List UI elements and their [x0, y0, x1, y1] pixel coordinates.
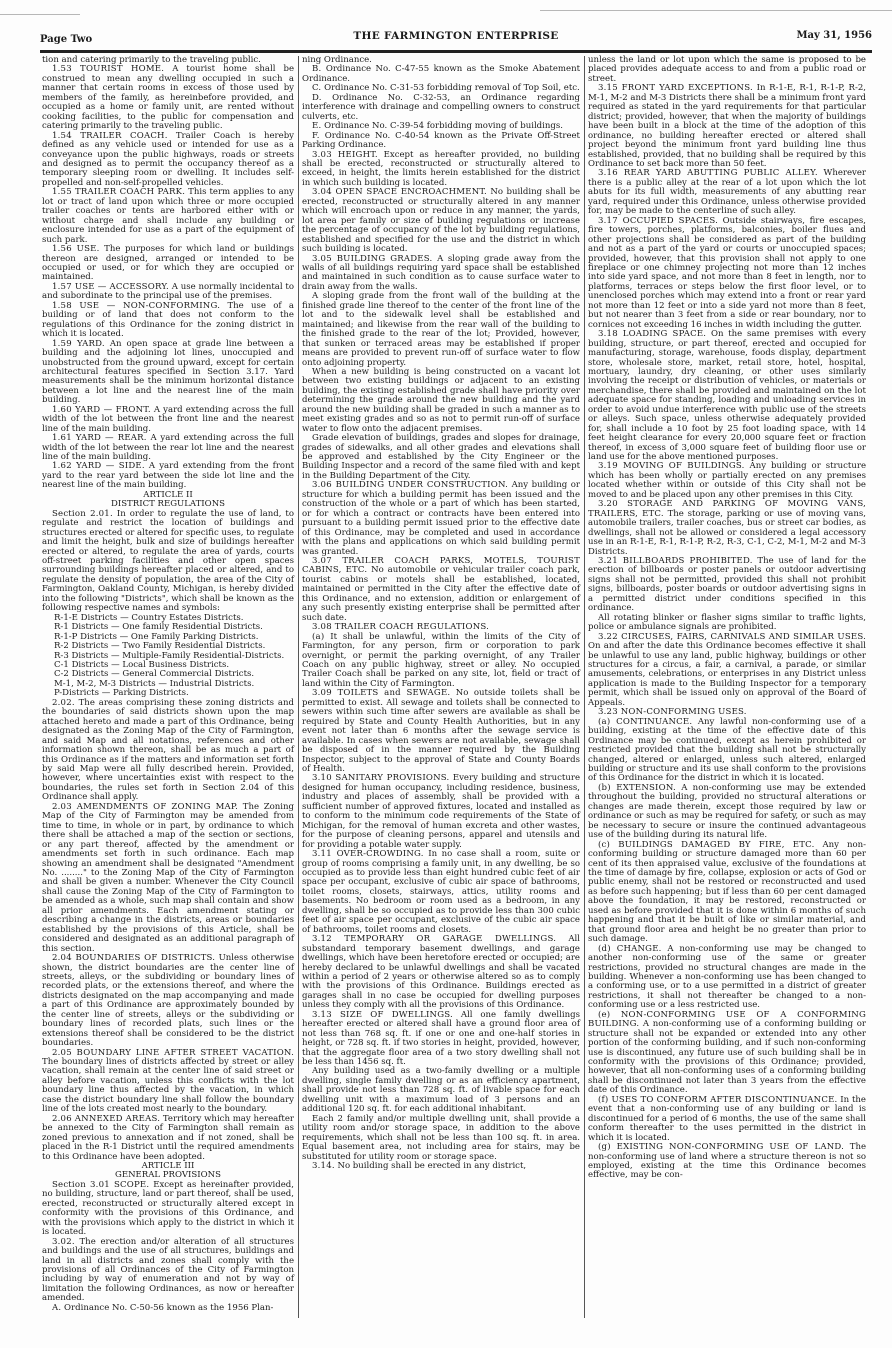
section-text: Any non-conforming building or structure… [588, 840, 866, 945]
section-text: Each 2 family and/or multiple dwelling u… [302, 1114, 580, 1162]
section-text: Unless otherwise shown, the district bou… [42, 953, 294, 1048]
section-paragraph: 3.06 BUILDING UNDER CONSTRUCTION. Any bu… [302, 481, 580, 557]
section-text: The areas comprising these zoning distri… [42, 698, 294, 803]
section-paragraph: 1.61 YARD — REAR. A yard extending acros… [42, 434, 294, 462]
section-paragraph: 2.05 BOUNDARY LINE AFTER STREET VACATION… [42, 1049, 294, 1115]
section-paragraph: Any building used as a two-family dwelli… [302, 1067, 580, 1114]
section-text: Any building used as a two-family dwelli… [302, 1066, 580, 1114]
section-paragraph: (f) USES TO CONFORM AFTER DISCONTINUANCE… [588, 1096, 866, 1143]
section-heading: A. [52, 1303, 61, 1313]
masthead: Page Two THE FARMINGTON ENTERPRISE May 3… [40, 30, 872, 48]
section-text: No building shall be erected, reconstruc… [302, 187, 580, 254]
section-paragraph: D. Ordinance No. C-32-53, an Ordinance r… [302, 94, 580, 122]
section-paragraph: 3.07 TRAILER COACH PARKS, MOTELS, TOURIS… [302, 557, 580, 623]
section-text: A tourist home shall be construed to mea… [42, 64, 294, 131]
section-paragraph: Each 2 family and/or multiple dwelling u… [302, 1115, 580, 1162]
section-text: All one family dwellings hereafter erect… [302, 1010, 580, 1067]
section-paragraph: All rotating blinker or flasher signs si… [588, 614, 866, 633]
section-paragraph: 2.03 AMENDMENTS OF ZONING MAP. The Zonin… [42, 803, 294, 954]
continued-paragraph: unless the land or lot upon which the sa… [588, 56, 866, 84]
section-text: An open space at grade line between a bu… [42, 339, 294, 406]
section-text: Any building or structure for which a bu… [302, 480, 580, 556]
section-paragraph: 1.54 TRAILER COACH. Trailer Coach is her… [42, 132, 294, 189]
section-text: A non-conforming use may be extended thr… [588, 783, 866, 840]
section-paragraph: (b) EXTENSION. A non-conforming use may … [588, 784, 866, 841]
section-paragraph: 3.19 MOVING OF BUILDINGS. Any building o… [588, 462, 866, 500]
section-paragraph: 3.03 HEIGHT. Except as hereafter provide… [302, 151, 580, 189]
section-text: Ordinance No. C-47-55 known as the Smoke… [302, 64, 580, 83]
column-2: ning Ordinance.B. Ordinance No. C-47-55 … [302, 56, 580, 1171]
section-text: Ordinance No. C-50-56 known as the 1956 … [64, 1303, 273, 1313]
section-text: The erection and/or alteration of all st… [42, 1237, 294, 1304]
section-text: No building shall be erected in any dist… [337, 1161, 526, 1171]
section-heading: 3.14. [312, 1161, 335, 1171]
section-paragraph: 3.18 LOADING SPACE. On the same premises… [588, 330, 866, 462]
section-text: Ordinance No. C-32-53, an Ordinance rega… [302, 93, 580, 122]
section-paragraph: Grade elevation of buildings, grades and… [302, 434, 580, 481]
section-paragraph: 3.16 REAR YARD ABUTTING PUBLIC ALLEY. Wh… [588, 169, 866, 216]
section-text: Except as hereinafter provided, no build… [42, 1180, 294, 1237]
section-paragraph: 1.56 USE. The purposes for which land or… [42, 245, 294, 283]
section-paragraph: When a new building is being constructed… [302, 368, 580, 434]
section-paragraph: 3.02. The erection and/or alteration of … [42, 1238, 294, 1304]
section-text: Grade elevation of buildings, grades and… [302, 433, 580, 481]
section-text: All substandard temporary basement dwell… [302, 934, 580, 1010]
paper-name: THE FARMINGTON ENTERPRISE [40, 30, 872, 42]
issue-date: May 31, 1956 [796, 30, 872, 41]
column-3: unless the land or lot upon which the sa… [588, 56, 866, 1181]
section-paragraph: A. Ordinance No. C-50-56 known as the 19… [42, 1304, 294, 1313]
section-paragraph: 3.20 STORAGE AND PARKING OF MOVING VANS,… [588, 500, 866, 557]
section-paragraph: 1.53 TOURIST HOME. A tourist home shall … [42, 65, 294, 131]
section-paragraph: (a) It shall be unlawful, within the lim… [302, 633, 580, 690]
section-text: In order to regulate the use of land, to… [42, 509, 294, 614]
section-text: A non-conforming use of a conforming bui… [588, 1019, 866, 1095]
section-paragraph: 3.17 OCCUPIED SPACES. Outside stairways,… [588, 217, 866, 330]
section-text: A non-conforming use may be changed to a… [588, 944, 866, 1011]
section-paragraph: A sloping grade from the front wall of t… [302, 292, 580, 368]
section-text: In no case shall a room, suite or group … [302, 849, 580, 935]
section-paragraph: 3.09 TOILETS and SEWAGE. No outside toil… [302, 689, 580, 774]
masthead-rule [40, 50, 872, 53]
section-paragraph: 3.04 OPEN SPACE ENCROACHMENT. No buildin… [302, 188, 580, 254]
section-paragraph: 3.12 TEMPORARY OR GARAGE DWELLINGS. All … [302, 935, 580, 1011]
section-paragraph: Section 2.01. In order to regulate the u… [42, 510, 294, 614]
section-paragraph: 1.60 YARD — FRONT. A yard extending acro… [42, 406, 294, 434]
section-paragraph: 1.59 YARD. An open space at grade line b… [42, 340, 294, 406]
section-paragraph: 2.04 BOUNDARIES OF DISTRICTS. Unless oth… [42, 954, 294, 1049]
section-text: On the same premises with every building… [588, 329, 866, 462]
section-paragraph: B. Ordinance No. C-47-55 known as the Sm… [302, 65, 580, 84]
section-text: In R-1-E, R-1, R-1-P, R-2, M-1, M-2 and … [588, 83, 866, 169]
scan-artifact [0, 14, 80, 15]
section-text: Ordinance No. C-40-54 known as the Priva… [302, 131, 580, 150]
section-paragraph: 1.55 TRAILER COACH PARK. This term appli… [42, 188, 294, 245]
section-paragraph: 2.06 ANNEXED AREAS. Territory which may … [42, 1115, 294, 1162]
section-paragraph: (e) NON-CONFORMING USE OF A CONFORMING B… [588, 1011, 866, 1096]
section-paragraph: (a) CONTINUANCE. Any lawful non-conformi… [588, 718, 866, 784]
column-divider [584, 56, 585, 1318]
section-text: A sloping grade from the front wall of t… [302, 291, 580, 367]
section-paragraph: (d) CHANGE. A non-conforming use may be … [588, 945, 866, 1011]
section-text: No outside toilets shall be permitted to… [302, 688, 580, 774]
section-paragraph: 3.05 BUILDING GRADES. A sloping grade aw… [302, 255, 580, 293]
section-text: Trailer Coach is hereby defined as any v… [42, 131, 294, 188]
section-paragraph: 3.13 SIZE OF DWELLINGS. All one family d… [302, 1011, 580, 1068]
section-text: Any lawful non-conforming use of a build… [588, 717, 866, 784]
section-paragraph: 3.14. No building shall be erected in an… [302, 1162, 580, 1171]
section-paragraph: F. Ordinance No. C-40-54 known as the Pr… [302, 132, 580, 151]
section-text: It shall be unlawful, within the limits … [302, 632, 580, 689]
section-paragraph: 1.62 YARD — SIDE. A yard extending from … [42, 462, 294, 490]
section-text: Outside stairways, fire escapes, fire to… [588, 216, 866, 330]
section-text: On and after the date this Ordinance bec… [588, 641, 866, 708]
section-paragraph: 3.15 FRONT YARD EXCEPTIONS. In R-1-E, R-… [588, 84, 866, 169]
column-divider [298, 56, 299, 1318]
section-paragraph: 3.10 SANITARY PROVISIONS. Every building… [302, 774, 580, 850]
section-text: All rotating blinker or flasher signs si… [588, 613, 866, 632]
section-text: The use of land for the erection of bill… [588, 556, 866, 613]
section-paragraph: 3.11 OVER-CROWDING. In no case shall a r… [302, 850, 580, 935]
section-text: No automobile or vehicular trailer coach… [302, 565, 580, 622]
section-paragraph: Section 3.01 SCOPE. Except as hereinafte… [42, 1181, 294, 1238]
section-paragraph: 3.22 CIRCUSES, FAIRS, CARNIVALS AND SIMI… [588, 633, 866, 709]
section-text: This term applies to any lot or tract of… [42, 187, 294, 244]
section-text: The Zoning Map of the City of Farmington… [42, 802, 294, 954]
section-paragraph: 1.57 USE — ACCESSORY. A use normally inc… [42, 283, 294, 302]
section-paragraph: 3.21 BILLBOARDS PROHIBITED. The use of l… [588, 557, 866, 614]
section-paragraph: (g) EXISTING NON-CONFORMING USE OF LAND.… [588, 1143, 866, 1181]
section-text: When a new building is being constructed… [302, 367, 580, 434]
section-paragraph: 1.58 USE — NON-CONFORMING. The use of a … [42, 302, 294, 340]
section-paragraph: (c) BUILDINGS DAMAGED BY FIRE, ETC. Any … [588, 841, 866, 945]
scan-artifact [540, 10, 892, 11]
column-1: tion and catering primarily to the trave… [42, 56, 294, 1313]
section-paragraph: 2.02. The areas comprising these zoning … [42, 699, 294, 803]
section-text: The boundary lines of districts affected… [42, 1057, 294, 1114]
section-text: Every building and structure designed fo… [302, 773, 580, 849]
